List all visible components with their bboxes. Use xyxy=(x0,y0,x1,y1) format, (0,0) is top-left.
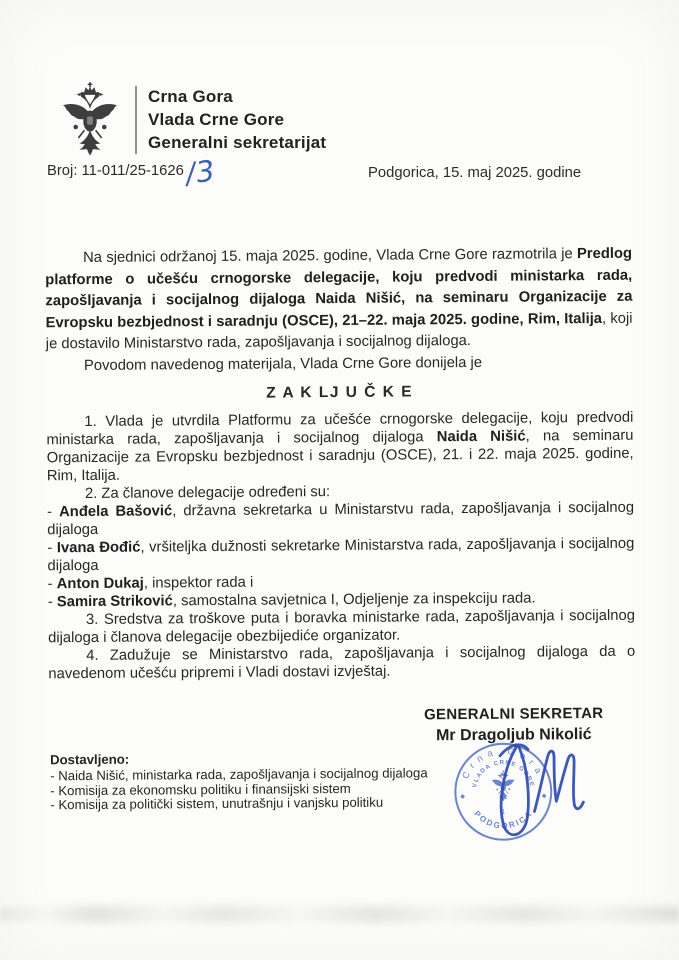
distribution-list: Dostavljeno: - Naida Nišić, ministarka r… xyxy=(50,750,428,813)
conclusion-item-3: 3. Sredstva za troškove puta i boravka m… xyxy=(48,606,635,647)
intro-paragraph: Na sjednici održanoj 15. maja 2025. godi… xyxy=(45,244,633,356)
conclusion-item-1: 1. Vlada je utvrdila Platformu za učešće… xyxy=(46,408,634,485)
decision-paragraph: Povodom navedenog materijala, Vlada Crne… xyxy=(46,351,633,377)
delegation-member: - Ivana Đođić, vršiteljka dužnosti sekre… xyxy=(47,534,634,575)
signature-title: GENERALNI SEKRETAR xyxy=(394,703,634,726)
conclusion-item-4: 4. Zadužuje se Ministarstvo rada, zapošl… xyxy=(48,642,635,683)
document-page: Crna Gora Vlada Crne Gore Generalni sekr… xyxy=(0,0,679,960)
handwritten-signature xyxy=(470,733,621,856)
scan-artifact xyxy=(0,901,679,929)
document-body: Na sjednici održanoj 15. maja 2025. godi… xyxy=(45,244,635,683)
conclusions-list: 1. Vlada je utvrdila Platformu za učešće… xyxy=(46,408,635,683)
delegation-member: - Anđela Bašović, državna sekretarka u M… xyxy=(47,498,634,539)
distribution-item: - Komisija za politički sistem, unutrašn… xyxy=(50,796,428,814)
conclusions-heading: Z A K LJ U Č K E xyxy=(46,380,633,406)
stamp-left-mark: ◆ xyxy=(460,793,465,800)
